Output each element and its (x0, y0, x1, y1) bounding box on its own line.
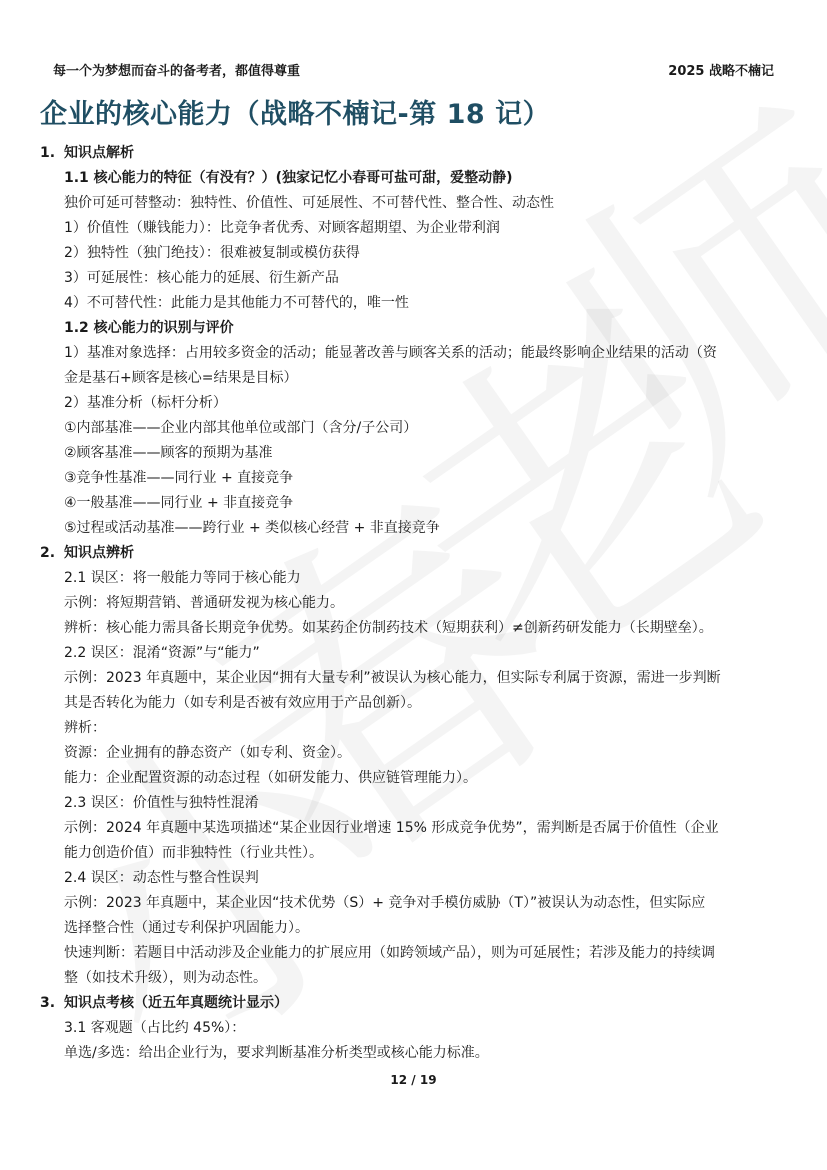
text-line: ⑤过程或活动基准——跨行业 + 类似核心经营 + 非直接竞争 (0, 516, 827, 541)
text-line: 单选/多选：给出企业行为，要求判断基准分析类型或核心能力标准。 (0, 1041, 827, 1066)
section-number: 1. (40, 141, 64, 166)
subsection-heading: 1.1 核心能力的特征（有没有？）(独家记忆小春哥可盐可甜，爱整动静) (0, 166, 827, 191)
text-line: 金是基石+顾客是核心=结果是目标） (0, 366, 827, 391)
text-line: 资源：企业拥有的静态资产（如专利、资金）。 (0, 741, 827, 766)
text-line: 示例：2023 年真题中，某企业因“拥有大量专利”被误认为核心能力，但实际专利属… (0, 666, 827, 691)
text-line: 示例：2024 年真题中某选项描述“某企业因行业增速 15% 形成竞争优势”，需… (0, 816, 827, 841)
section-heading: 3. 知识点考核（近五年真题统计显示） (0, 991, 827, 1016)
text-line: 能力创造价值）而非独特性（行业共性）。 (0, 841, 827, 866)
page-header: 每一个为梦想而奋斗的备考者，都值得尊重 2025 战略不楠记 (53, 60, 774, 79)
text-line: ②顾客基准——顾客的预期为基准 (0, 441, 827, 466)
text-line: ④一般基准——同行业 + 非直接竞争 (0, 491, 827, 516)
text-line: 辨析：核心能力需具备长期竞争优势。如某药企仿制药技术（短期获利）≠创新药研发能力… (0, 616, 827, 641)
header-motto: 每一个为梦想而奋斗的备考者，都值得尊重 (53, 60, 300, 79)
text-line: 辨析： (0, 716, 827, 741)
page-number: 12 / 19 (0, 1073, 827, 1087)
text-line: 其是否转化为能力（如专利是否被有效应用于产品创新）。 (0, 691, 827, 716)
text-line: 2.3 误区：价值性与独特性混淆 (0, 791, 827, 816)
section-number: 3. (40, 991, 64, 1016)
text-line: 示例：2023 年真题中，某企业因“技术优势（S）+ 竞争对手模仿威胁（T）”被… (0, 891, 827, 916)
section-heading: 1. 知识点解析 (0, 141, 827, 166)
text-line: 2）独特性（独门绝技）：很难被复制或模仿获得 (0, 241, 827, 266)
text-line: 快速判断：若题目中活动涉及企业能力的扩展应用（如跨领域产品），则为可延展性；若涉… (0, 941, 827, 966)
text-line: 选择整合性（通过专利保护巩固能力）。 (0, 916, 827, 941)
text-line: 4）不可替代性：此能力是其他能力不可替代的，唯一性 (0, 291, 827, 316)
section-heading: 2. 知识点辨析 (0, 541, 827, 566)
subsection-heading: 1.2 核心能力的识别与评价 (0, 316, 827, 341)
section-title: 知识点考核（近五年真题统计显示） (64, 991, 288, 1016)
section-title: 知识点解析 (64, 141, 134, 166)
text-line: 3.1 客观题（占比约 45%）： (0, 1016, 827, 1041)
text-line: 整（如技术升级），则为动态性。 (0, 966, 827, 991)
section-title: 知识点辨析 (64, 541, 134, 566)
header-series-title: 2025 战略不楠记 (668, 60, 774, 79)
text-line: 2）基准分析（标杆分析） (0, 391, 827, 416)
text-line: 2.4 误区：动态性与整合性误判 (0, 866, 827, 891)
text-line: 2.2 误区：混淆“资源”与“能力” (0, 641, 827, 666)
text-line: 1）基准对象选择：占用较多资金的活动；能显著改善与顾客关系的活动；能最终影响企业… (0, 341, 827, 366)
text-line: ①内部基准——企业内部其他单位或部门（含分/子公司） (0, 416, 827, 441)
document-body: 1. 知识点解析 1.1 核心能力的特征（有没有？）(独家记忆小春哥可盐可甜，爱… (0, 141, 827, 1066)
text-line: 3）可延展性：核心能力的延展、衍生新产品 (0, 266, 827, 291)
text-line: 1）价值性（赚钱能力）：比竞争者优秀、对顾客超期望、为企业带利润 (0, 216, 827, 241)
text-line: 示例：将短期营销、普通研发视为核心能力。 (0, 591, 827, 616)
text-line: 2.1 误区：将一般能力等同于核心能力 (0, 566, 827, 591)
text-line: 独价可延可替整动：独特性、价值性、可延展性、不可替代性、整合性、动态性 (0, 191, 827, 216)
text-line: ③竞争性基准——同行业 + 直接竞争 (0, 466, 827, 491)
text-line: 能力：企业配置资源的动态过程（如研发能力、供应链管理能力）。 (0, 766, 827, 791)
page-title: 企业的核心能力（战略不楠记-第 18 记） (40, 92, 550, 131)
section-number: 2. (40, 541, 64, 566)
